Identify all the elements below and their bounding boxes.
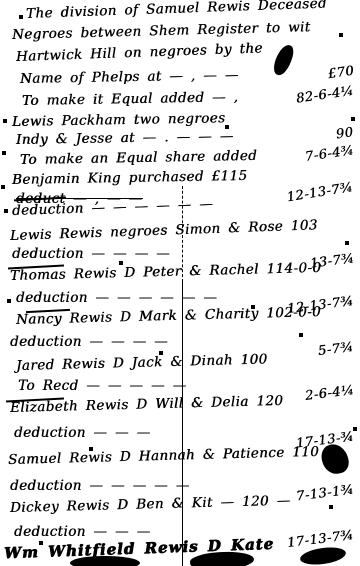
line-text: Lewis Packham two negroes: [12, 110, 226, 131]
line-text: Jared Rewis D Jack & Dinah 100: [16, 351, 268, 375]
line-text: Indy & Jesse at — . — — —: [16, 128, 234, 149]
line-amount: £70: [327, 63, 355, 83]
line-text: deduction — — —: [14, 524, 150, 541]
line-text: Dickey Rewis D Ben & Kit — 120 —: [10, 493, 291, 517]
line-text: Thomas Rewis D Peter & Rachel 114-0-0: [10, 260, 322, 285]
scan-noise-dots: [0, 0, 2, 2]
line-text: deduction — — — —: [12, 246, 170, 263]
line-text: deduction — — —: [14, 425, 150, 442]
line-text: To make an Equal share added: [20, 148, 257, 169]
line-text: To make it Equal added — ,: [22, 89, 239, 110]
line-text: deduction — — — —: [10, 334, 168, 351]
manuscript-line: Jared Rewis D Jack & Dinah 100: [16, 349, 354, 375]
manuscript-page: The division of Samuel Rewis Deceased Ne…: [0, 0, 360, 566]
line-text: Benjamin King purchased £115: [12, 168, 248, 189]
line-amount: 7-6-4¾: [304, 142, 355, 166]
manuscript-line: Nancy Rewis D Mark & Charity 102-0-0: [16, 303, 354, 329]
line-amount: 90: [335, 124, 355, 143]
line-text: deduction — — — — —: [10, 478, 190, 495]
manuscript-line: deduction — — — 17-13-¾: [14, 425, 354, 442]
line-text: Samuel Rewis D Hannah & Patience 110: [8, 444, 320, 469]
line-text: deduction — — — — — —: [16, 290, 217, 307]
manuscript-line: Samuel Rewis D Hannah & Patience 110: [8, 443, 354, 469]
line-text: Nancy Rewis D Mark & Charity 102-0-0: [16, 304, 321, 329]
fold-crease-line: [182, 282, 183, 566]
manuscript-line: To make it Equal added — , 82-6-4¼: [22, 87, 354, 110]
line-amount: 82-6-4¼: [295, 83, 355, 108]
line-text: Hartwick Hill on negroes by the: [16, 40, 263, 66]
fold-crease-line: [182, 186, 183, 282]
ink-blot: [70, 556, 140, 566]
line-text: To Recd — — — — —: [18, 378, 187, 395]
line-text: Name of Phelps at — , — —: [20, 67, 239, 88]
manuscript-line: Name of Phelps at — , — — £70: [20, 65, 354, 88]
line-text: Elizabeth Rewis D Will & Delia 120: [10, 393, 284, 417]
manuscript-line: To make an Equal share added 7-6-4¾: [20, 146, 354, 169]
line-text: Lewis Rewis negroes Simon & Rose 103: [10, 217, 318, 245]
